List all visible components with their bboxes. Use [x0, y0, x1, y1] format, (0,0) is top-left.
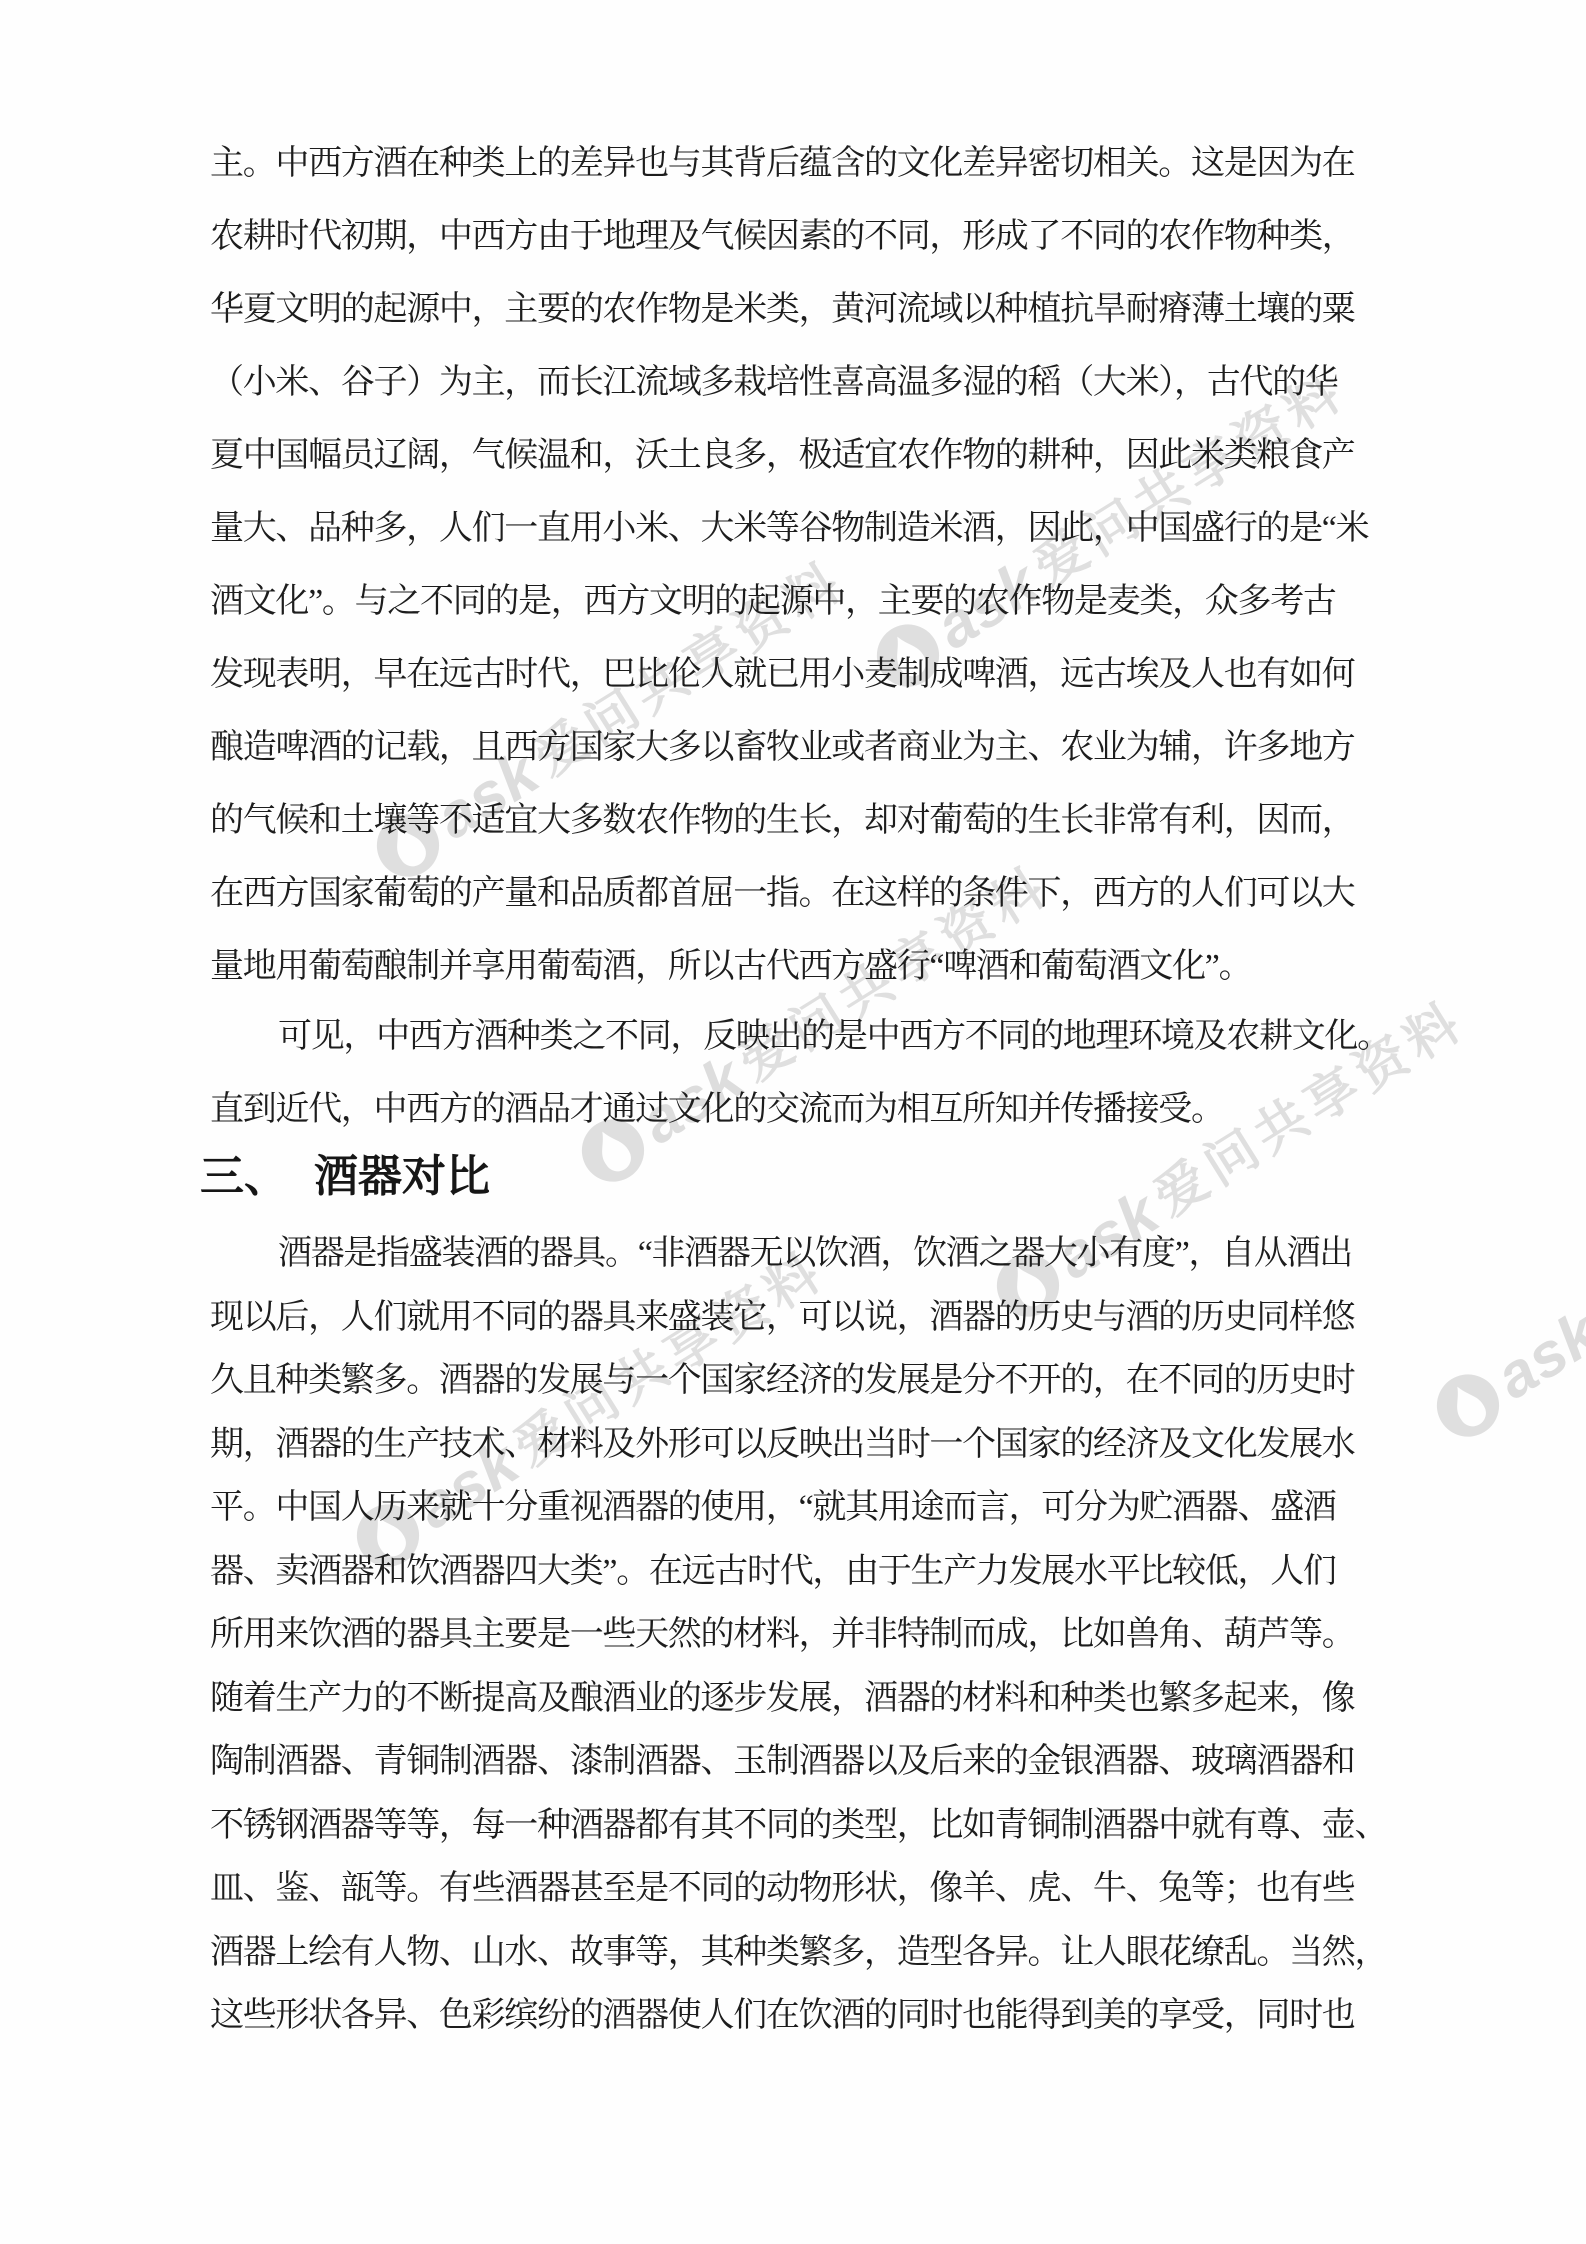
text-line: 酒文化”。与之不同的是，西方文明的起源中，主要的农作物是麦类，众多考古 [210, 565, 1390, 638]
text-line: 发现表明，早在远古时代，巴比伦人就已用小麦制成啤酒，远古埃及人也有如何 [210, 638, 1390, 711]
section-heading-number: 三、 [200, 1152, 288, 1201]
text-line: （小米、谷子）为主，而长江流域多栽培性喜高温多湿的稻（大米），古代的华 [210, 346, 1390, 419]
text-line: 可见，中西方酒种类之不同，反映出的是中西方不同的地理环境及农耕文化。 [210, 1000, 1390, 1073]
text-line: 夏中国幅员辽阔，气候温和，沃土良多，极适宜农作物的耕种，因此米类粮食产 [210, 419, 1390, 492]
text-line: 现以后，人们就用不同的器具来盛装它，可以说，酒器的历史与酒的历史同样悠 [210, 1286, 1390, 1350]
text-line: 平。中国人历来就十分重视酒器的使用，“就其用途而言，可分为贮酒器、盛酒 [210, 1476, 1390, 1540]
section-heading: 三、酒器对比 [200, 1140, 490, 1204]
text-line: 随着生产力的不断提高及酿酒业的逐步发展，酒器的材料和种类也繁多起来，像 [210, 1667, 1390, 1731]
document-text: 主。中西方酒在种类上的差异也与其背后蕴含的文化差异密切相关。这是因为在农耕时代初… [0, 0, 1586, 2244]
paragraph-1: 主。中西方酒在种类上的差异也与其背后蕴含的文化差异密切相关。这是因为在农耕时代初… [210, 127, 1390, 1003]
paragraph-3: 酒器是指盛装酒的器具。“非酒器无以饮酒，饮酒之器大小有度”，自从酒出现以后，人们… [210, 1222, 1390, 2048]
text-line: 皿、鉴、瓿等。有些酒器甚至是不同的动物形状，像羊、虎、牛、兔等；也有些 [210, 1857, 1390, 1921]
text-line: 量地用葡萄酿制并享用葡萄酒，所以古代西方盛行“啤酒和葡萄酒文化”。 [210, 930, 1390, 1003]
text-line: 量大、品种多，人们一直用小米、大米等谷物制造米酒，因此，中国盛行的是“米 [210, 492, 1390, 565]
text-line: 的气候和土壤等不适宜大多数农作物的生长，却对葡萄的生长非常有利，因而， [210, 784, 1390, 857]
paragraph-2: 可见，中西方酒种类之不同，反映出的是中西方不同的地理环境及农耕文化。直到近代，中… [210, 1000, 1390, 1146]
text-line: 在西方国家葡萄的产量和品质都首屈一指。在这样的条件下，西方的人们可以大 [210, 857, 1390, 930]
text-line: 这些形状各异、色彩缤纷的酒器使人们在饮酒的同时也能得到美的享受，同时也 [210, 1984, 1390, 2048]
text-line: 久且种类繁多。酒器的发展与一个国家经济的发展是分不开的，在不同的历史时 [210, 1349, 1390, 1413]
text-line: 器、卖酒器和饮酒器四大类”。在远古时代，由于生产力发展水平比较低，人们 [210, 1540, 1390, 1604]
section-heading-title: 酒器对比 [314, 1152, 490, 1201]
text-line: 主。中西方酒在种类上的差异也与其背后蕴含的文化差异密切相关。这是因为在 [210, 127, 1390, 200]
text-line: 农耕时代初期，中西方由于地理及气候因素的不同，形成了不同的农作物种类， [210, 200, 1390, 273]
text-line: 陶制酒器、青铜制酒器、漆制酒器、玉制酒器以及后来的金银酒器、玻璃酒器和 [210, 1730, 1390, 1794]
text-line: 期，酒器的生产技术、材料及外形可以反映出当时一个国家的经济及文化发展水 [210, 1413, 1390, 1477]
text-line: 直到近代，中西方的酒品才通过文化的交流而为相互所知并传播接受。 [210, 1073, 1390, 1146]
text-line: 所用来饮酒的器具主要是一些天然的材料，并非特制而成，比如兽角、葫芦等。 [210, 1603, 1390, 1667]
text-line: 酒器上绘有人物、山水、故事等，其种类繁多，造型各异。让人眼花缭乱。当然， [210, 1921, 1390, 1985]
text-line: 酒器是指盛装酒的器具。“非酒器无以饮酒，饮酒之器大小有度”，自从酒出 [210, 1222, 1390, 1286]
text-line: 不锈钢酒器等等，每一种酒器都有其不同的类型，比如青铜制酒器中就有尊、壶、 [210, 1794, 1390, 1858]
document-page: ask 爱问共享资料 ask 爱问共享资料 ask 爱问共享资料 ask [0, 0, 1586, 2244]
text-line: 华夏文明的起源中，主要的农作物是米类，黄河流域以种植抗旱耐瘠薄土壤的粟 [210, 273, 1390, 346]
text-line: 酿造啤酒的记载，且西方国家大多以畜牧业或者商业为主、农业为辅，许多地方 [210, 711, 1390, 784]
